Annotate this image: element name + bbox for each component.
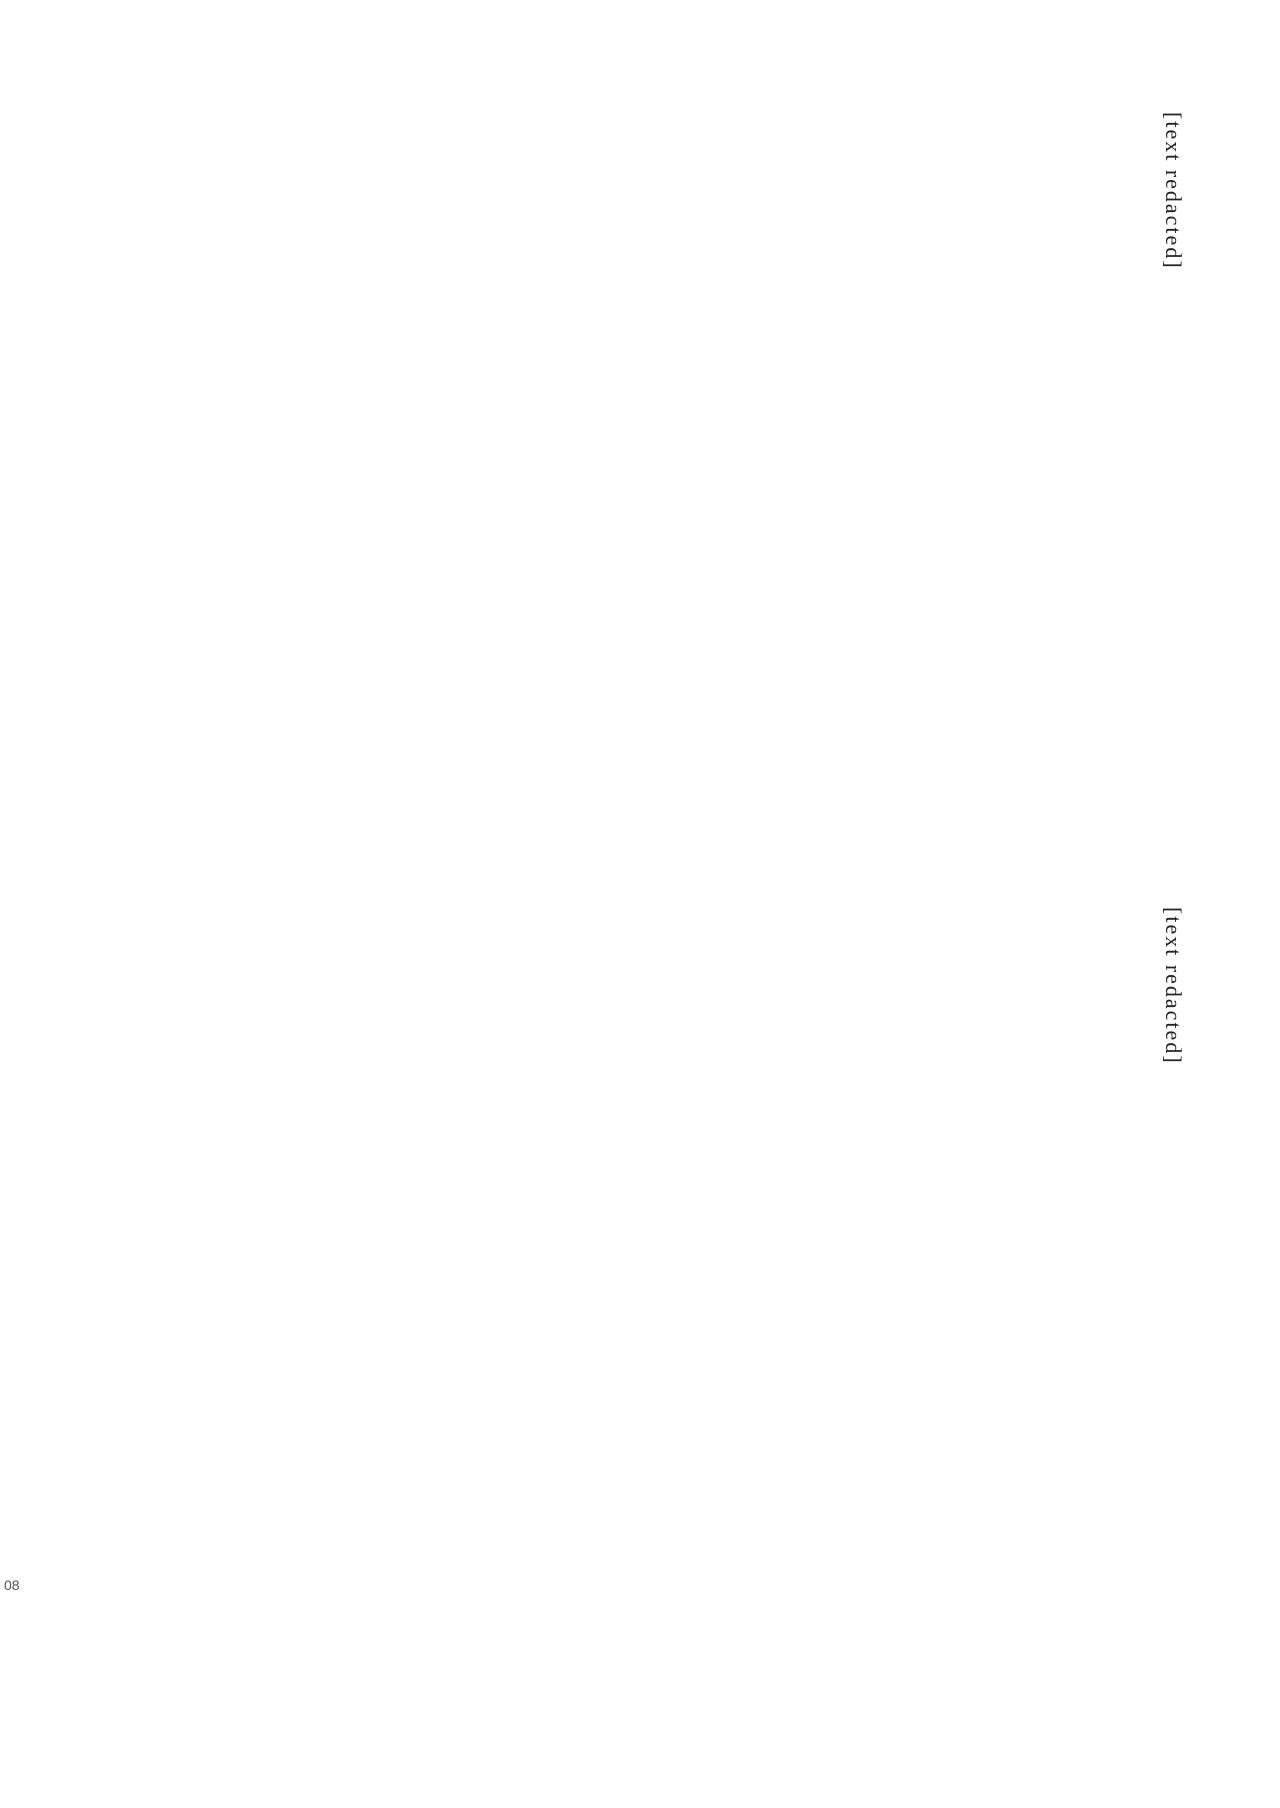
paragraph: [text redacted] [1157, 885, 1190, 1675]
paragraph: [text redacted] [1157, 90, 1190, 860]
lower-text-block: [text redacted] [1157, 885, 1190, 1675]
page-number: 08 [4, 1577, 20, 1593]
document-page: [text redacted] [text redacted] 08 [0, 0, 1280, 1808]
upper-text-block: [text redacted] [1157, 90, 1190, 860]
